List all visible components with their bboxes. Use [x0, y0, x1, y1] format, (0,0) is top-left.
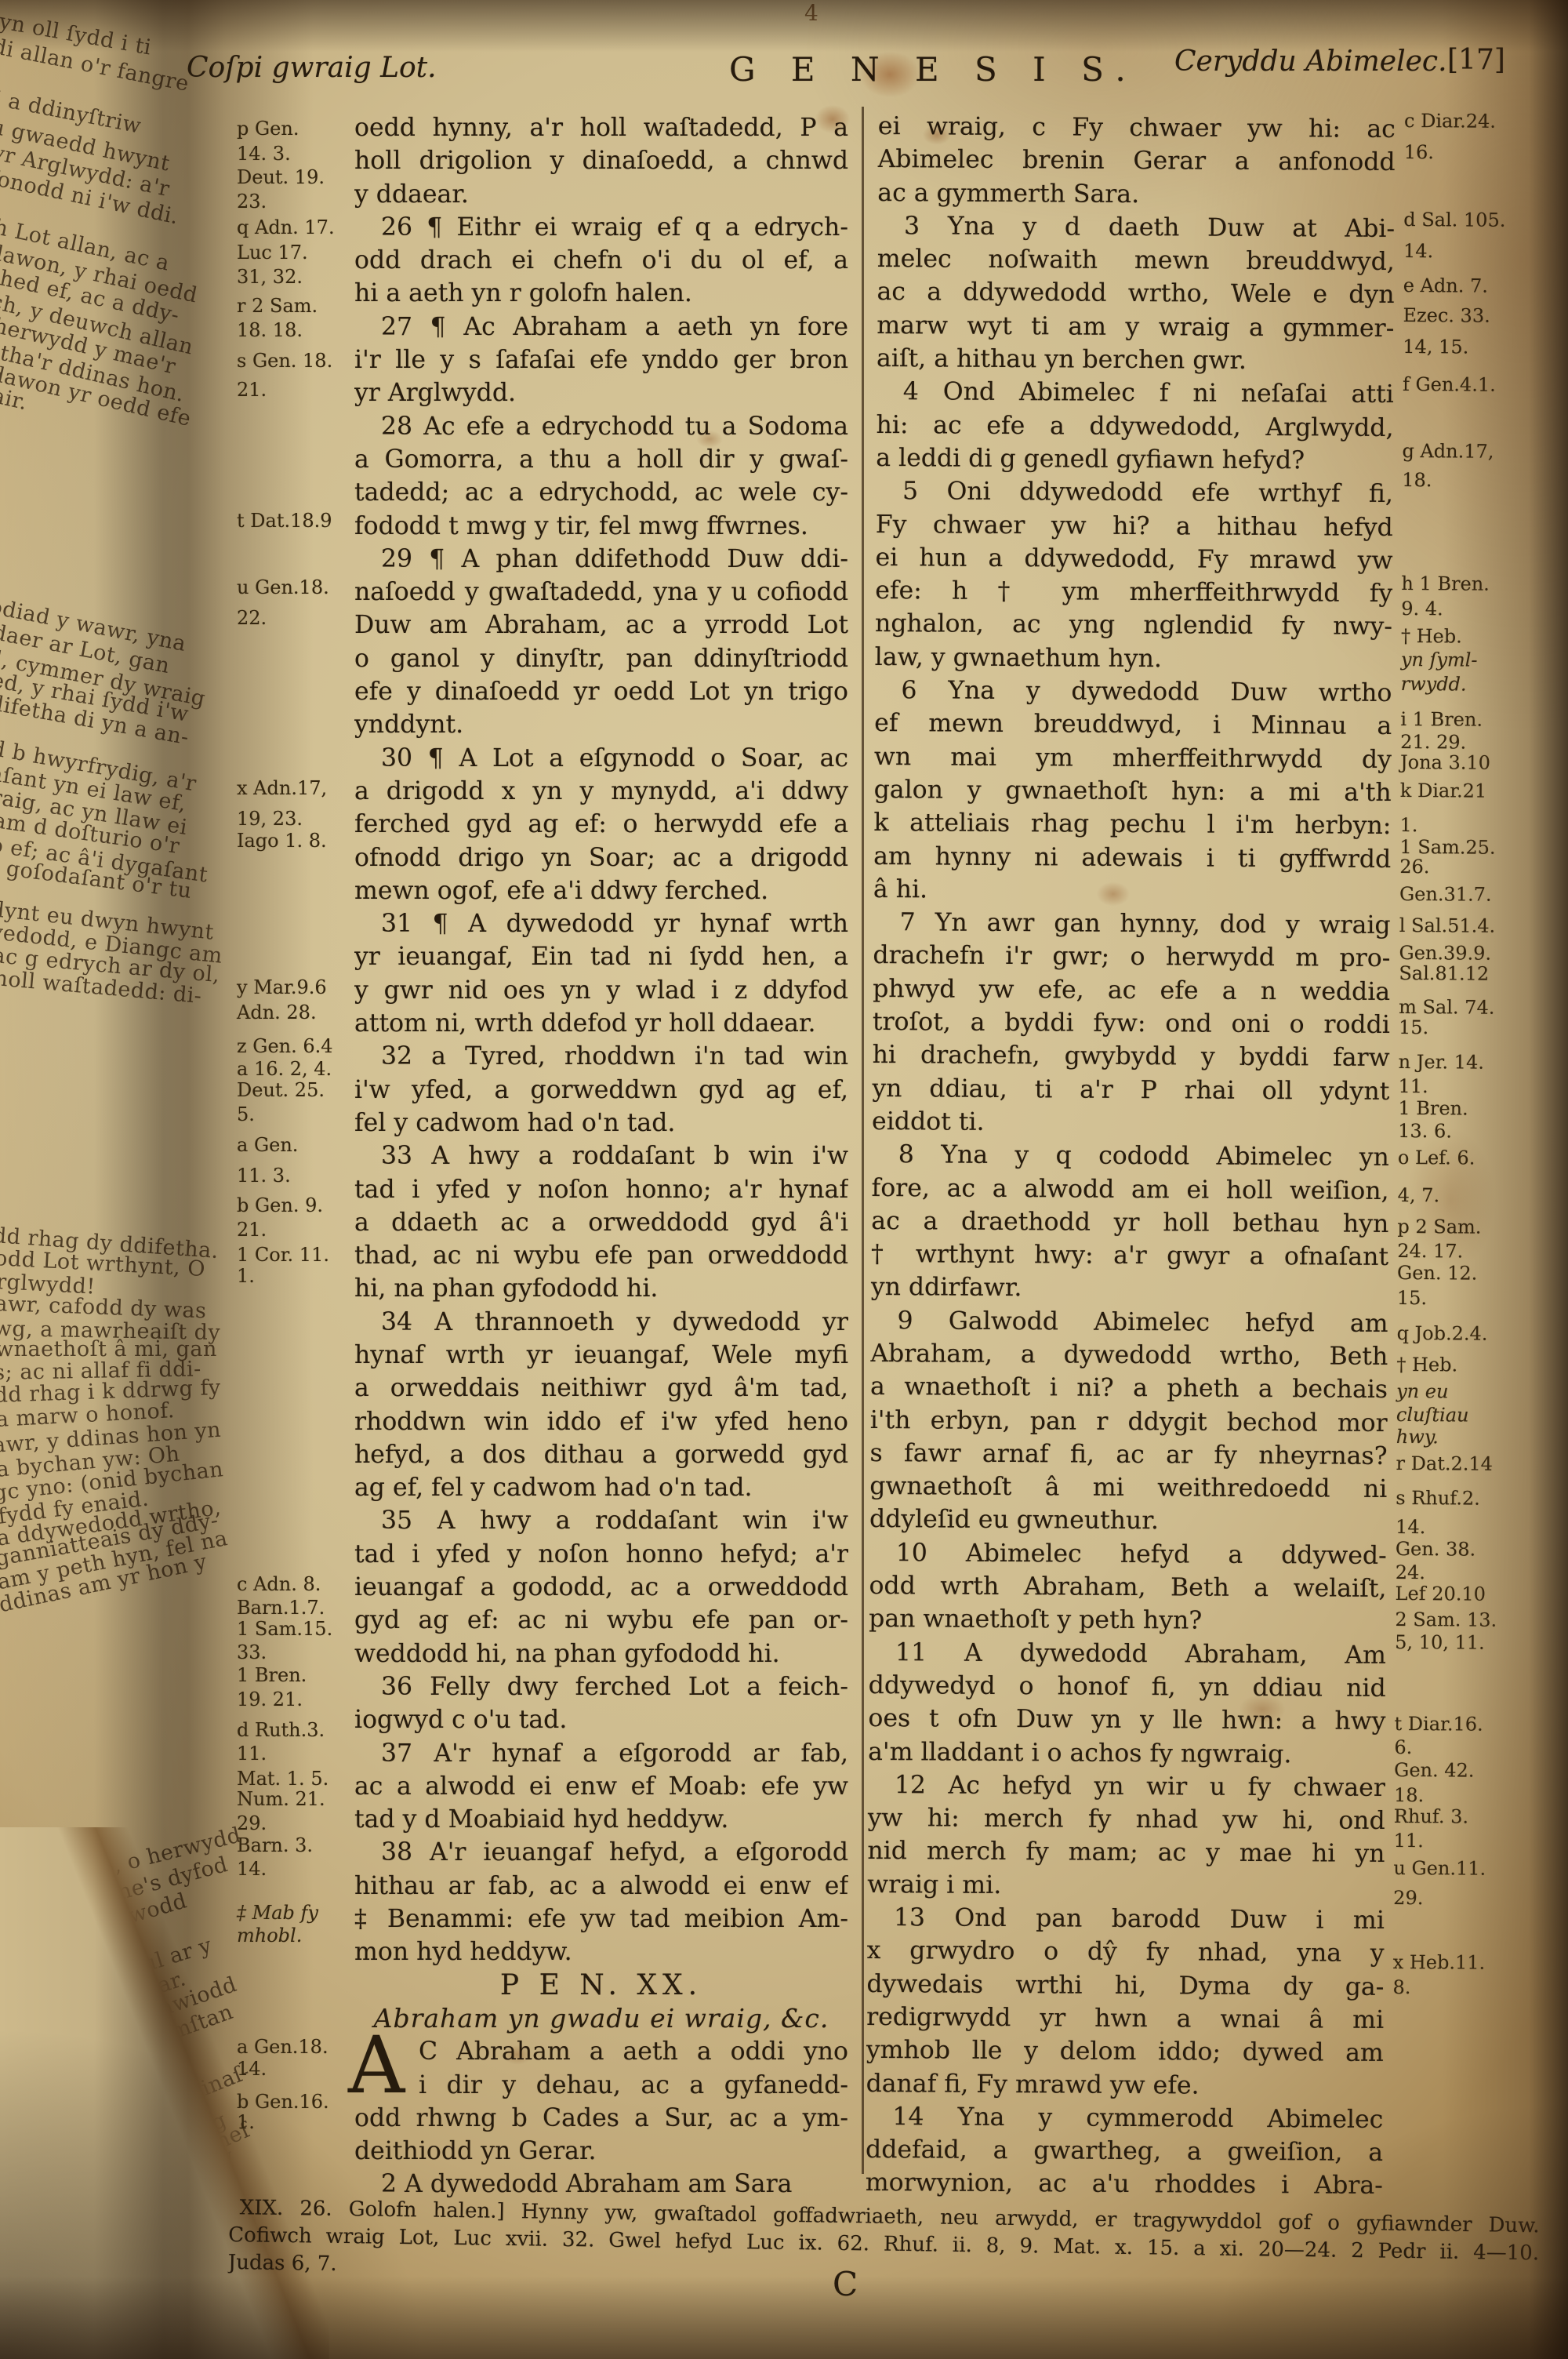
margin-note: 33. — [237, 1641, 267, 1663]
margin-note: Gen. 12. — [1397, 1262, 1477, 1285]
margin-note: 4, 7. — [1398, 1184, 1440, 1206]
margin-note: 15. — [1397, 1287, 1427, 1309]
text-line: 12 Ac hefyd yn wir u fy chwaer — [868, 1768, 1385, 1805]
margin-note: 1 Cor. 11. — [237, 1244, 329, 1266]
margin-note: Gen.31.7. — [1399, 883, 1492, 906]
margin-note: k Diar.21 — [1400, 780, 1487, 802]
text-line: 6 Yna y dywedodd Duw wrtho — [874, 674, 1392, 710]
margin-note: c Adn. 8. — [237, 1573, 321, 1595]
text-line: naſoedd y gwaſtadedd, yna y u cofiodd — [354, 576, 848, 609]
text-line: yr ieuangaf, Ein tad ni ſydd hen, a — [354, 940, 848, 973]
text-line: i'th erbyn, pan r ddygit bechod mor — [870, 1404, 1388, 1440]
text-line: a drigodd x yn y mynydd, a'i ddwy — [354, 775, 848, 808]
text-line: mewn ogof, efe a'i ddwy ferched. — [354, 874, 848, 907]
text-line: aiſt, a hithau yn berchen gwr. — [877, 342, 1394, 378]
text-line: odd rhwng b Cades a Sur, ac a ym- — [354, 2102, 848, 2135]
text-line: k atteliais rhag pechu l i'm herbyn: — [873, 806, 1391, 842]
text-line: 35 A hwy a roddaſant win i'w — [354, 1504, 848, 1537]
text-line: 7 Yn awr gan hynny, dod y wraig — [873, 906, 1391, 942]
text-line: 36 Felly dwy ferched Lot a feich- — [354, 1670, 848, 1703]
margin-note: 11. — [237, 1743, 267, 1765]
text-line: o ganol y dinyſtr, pan ddinyſtriodd — [354, 642, 848, 675]
text-line: ofnodd drigo yn Soar; ac a drigodd — [354, 841, 848, 874]
text-line: 8 Yna y q cododd Abimelec yn — [872, 1138, 1389, 1174]
margin-note: 14. — [237, 1858, 267, 1880]
book-title: G E N E S I S. — [729, 50, 1138, 89]
margin-note: 13. 6. — [1398, 1120, 1452, 1142]
text-line: i'w yfed, a gorweddwn gyd ag ef, — [354, 1074, 848, 1107]
margin-note: Iago 1. 8. — [237, 830, 327, 852]
text-line: ef mewn breuddwyd, i Minnau a — [874, 707, 1392, 743]
margin-note: 29. — [237, 1812, 267, 1834]
margin-note: o Lef. 6. — [1398, 1147, 1475, 1169]
text-line: Duw am Abraham, ac a yrrodd Lot — [354, 609, 848, 642]
margin-note: q Job.2.4. — [1397, 1322, 1488, 1345]
margin-note: 14. — [1403, 240, 1433, 262]
margin-note: 1 Bren. — [1398, 1097, 1468, 1120]
text-line: 10 Abimelec hefyd a ddywed- — [869, 1536, 1387, 1572]
margin-note: Mat. 1. 5. — [237, 1768, 328, 1790]
margin-note: mhobl. — [237, 1925, 302, 1946]
margin-note: rwydd. — [1401, 673, 1467, 696]
margin-note: 24. 17. — [1397, 1240, 1463, 1263]
margin-note: f Gen.4.1. — [1403, 373, 1496, 396]
margin-note: s Gen. 18. — [237, 350, 332, 372]
margin-note: Gen. 38. — [1396, 1538, 1475, 1561]
text-line: 26 ¶ Eithr ei wraig ef q a edrych- — [354, 211, 848, 244]
text-line: yw hi: merch fy nhad yw hi, ond — [868, 1801, 1385, 1837]
text-line: morwynion, ac a'u rhoddes i Abra- — [866, 2166, 1383, 2202]
text-line: rhoddwn win iddo ef i'w yfed heno — [354, 1405, 848, 1438]
text-line: 38 A'r ieuangaf hefyd, a eſgorodd — [354, 1836, 848, 1869]
running-title-left: Coſpi gwraig Lot. — [187, 52, 437, 84]
text-line: ag ef, fel y cadwom had o'n tad. — [354, 1471, 848, 1504]
text-line: redigrwydd yr hwn a wnai â mi — [866, 2001, 1384, 2037]
text-line: hynaf wrth yr ieuangaf, Wele myfi — [354, 1339, 848, 1372]
running-title-right: Ceryddu Abimelec. — [1174, 45, 1447, 78]
margin-note: 23. — [237, 191, 267, 213]
text-line: nid merch fy mam; ac y mae hi yn — [867, 1834, 1385, 1870]
margin-note: 14. — [237, 2058, 267, 2080]
text-line: 32 a Tyred, rhoddwn i'n tad win — [354, 1040, 848, 1073]
margin-note: 29. — [1393, 1887, 1423, 1909]
margin-note: 11. — [1398, 1075, 1428, 1097]
text-line: s fawr arnaf fi, ac ar fy nheyrnas? — [869, 1437, 1387, 1473]
margin-note: h 1 Bren. — [1401, 572, 1490, 595]
margin-note: Gen.39.9. — [1399, 942, 1491, 965]
text-line: 33 A hwy a roddaſant b win i'w — [354, 1140, 848, 1172]
margin-note: Ezec. 33. — [1403, 304, 1490, 327]
margin-note: 15. — [1399, 1016, 1428, 1038]
text-line: am hynny ni adewais i ti gyffwrdd — [873, 840, 1391, 876]
text-line: hefyd, a dos dithau a gorwedd gyd — [354, 1438, 848, 1471]
margin-note: r 2 Sam. — [237, 295, 318, 317]
margin-note: 19. 21. — [237, 1688, 303, 1710]
text-line: law, y gwnaethum hyn. — [875, 641, 1392, 677]
margin-note: x Heb.11. — [1393, 1951, 1486, 1974]
margin-note: 24. — [1396, 1561, 1425, 1583]
text-line: a'm lladdant i o achos fy ngwraig. — [868, 1736, 1385, 1772]
text-line: dywedais wrthi hi, Dyma dy ga- — [866, 1968, 1384, 2004]
text-line: efe y dinaſoedd yr oedd Lot yn trigo — [354, 675, 848, 708]
text-line: 30 ¶ A Lot a eſgynodd o Soar, ac — [354, 742, 848, 775]
text-line: tad i yfed y noſon honno; a'r hynaf — [354, 1173, 848, 1206]
text-line: fododd t mwg y tir, fel mwg ffwrnes. — [354, 510, 848, 543]
signature-letter: C — [833, 2265, 858, 2303]
margin-note: Luc 17. — [237, 242, 308, 264]
text-line: 29 ¶ A phan ddifethodd Duw ddi- — [354, 543, 848, 576]
text-line: fore, ac a alwodd am ei holl weiſion, — [871, 1171, 1388, 1207]
margin-note: u Gen.11. — [1393, 1857, 1486, 1880]
column-divider-rule — [862, 107, 864, 2174]
margin-note: Jona 3.10 — [1400, 751, 1490, 774]
text-line: ddywedyd o honof fi, yn ddiau nid — [869, 1669, 1386, 1705]
text-line: hi, na phan gyfododd hi. — [354, 1272, 848, 1305]
text-line: galon y gwnaethoſt hyn: a mi a'th — [874, 773, 1392, 809]
margin-note: Adn. 28. — [237, 1001, 317, 1023]
text-line: hi: ac efe a ddywedodd, Arglwydd, — [876, 409, 1393, 445]
margin-note: s Rhuf.2. — [1396, 1487, 1480, 1510]
margin-note: 11. — [1394, 1830, 1424, 1852]
margin-note: 2 Sam. 13. — [1395, 1608, 1497, 1631]
text-line: y gwr nid oes yn y wlad i z ddyfod — [354, 974, 848, 1007]
margin-note: d Ruth.3. — [237, 1719, 325, 1741]
margin-note: a Gen. — [237, 1134, 298, 1156]
margin-note: x Adn.17, — [237, 777, 327, 799]
text-line: 4 Ond Abimelec f ni neſaſai atti — [877, 375, 1394, 411]
margin-note: 5. — [237, 1103, 255, 1125]
text-line: ynddynt. — [354, 708, 848, 741]
right-column-text: ei wraig, c Fy chwaer yw hi: acAbimelec … — [866, 110, 1396, 2203]
margin-note: b Gen. 9. — [237, 1194, 323, 1216]
margin-note: 18. 18. — [237, 319, 303, 341]
text-line: ac a draethodd yr holl bethau hyn — [871, 1205, 1388, 1241]
text-line: a wnaethoſt i ni? a pheth a bechais — [870, 1370, 1388, 1406]
text-line: eiddot ti. — [872, 1105, 1389, 1141]
margin-note: cluſtiau — [1396, 1404, 1469, 1427]
text-line: ferched gyd ag ef: o herwydd efe a — [354, 808, 848, 841]
scanned-book-page: { "page": { "top_mark": "4", "header": {… — [0, 0, 1568, 2359]
text-line: i'r lle y s ſafaſai efe ynddo ger bron — [354, 343, 848, 376]
margin-note: b Gen.16. — [237, 2091, 329, 2113]
text-line: ei wraig, c Fy chwaer yw hi: ac — [878, 110, 1396, 146]
margin-note: a Gen.18. — [237, 2036, 328, 2058]
text-line: tad y d Moabiaid hyd heddyw. — [354, 1803, 848, 1836]
margin-note: t Dat.18.9 — [237, 510, 332, 532]
left-column-text: oedd hynny, a'r holl waſtadedd, P aholl … — [354, 111, 848, 2201]
margin-note: g Adn.17, — [1402, 440, 1494, 463]
margin-note: 16. — [1404, 141, 1434, 163]
margin-note: r Dat.2.14 — [1396, 1452, 1494, 1475]
margin-note: 22. — [237, 607, 267, 629]
text-line: ac a ddywedodd wrtho, Wele e dyn — [877, 275, 1394, 311]
margin-note: Deut. 25. — [237, 1079, 325, 1101]
text-line: weddodd hi, na phan gyfododd hi. — [354, 1637, 848, 1670]
margin-note: 11. 3. — [237, 1165, 291, 1187]
text-line: hithau ar fab, ac a alwodd ei enw ef — [354, 1870, 848, 1903]
text-line: deithiodd yn Gerar. — [354, 2135, 848, 2168]
margin-note: 18. — [1394, 1784, 1424, 1806]
text-line: marw wyt ti am y wraig a gymmer- — [877, 309, 1394, 345]
margin-note: q Adn. 17. — [237, 216, 335, 238]
margin-note: 21. 29. — [1400, 731, 1466, 754]
text-line: 9 Galwodd Abimelec hefyd am — [870, 1304, 1388, 1340]
text-line: 31 ¶ A dywedodd yr hynaf wrth — [354, 907, 848, 940]
margin-note: p 2 Sam. — [1397, 1216, 1481, 1238]
text-line: wn mai ym mherffeithrwydd dy — [874, 740, 1392, 776]
text-line: 28 Ac efe a edrychodd tu a Sodoma — [354, 410, 848, 443]
text-line: 34 A thrannoeth y dywedodd yr — [354, 1306, 848, 1339]
text-line: 2 A dywedodd Abraham am Sara — [354, 2168, 848, 2201]
margin-note: ‡ Mab fy — [237, 1902, 318, 1924]
margin-note: l Sal.51.4. — [1399, 914, 1496, 937]
text-line: 37 A'r hynaf a eſgorodd ar fab, — [354, 1737, 848, 1770]
text-line: tadedd; ac a edrychodd, ac wele cy- — [354, 476, 848, 509]
top-edge-mark: 4 — [804, 0, 818, 26]
text-line: yr Arglwydd. — [354, 376, 848, 409]
margin-note: Sal.81.12 — [1399, 962, 1489, 985]
text-line: Abraham yn gwadu ei wraig, &c. — [354, 2002, 848, 2035]
text-line: holl drigolion y dinaſoedd, a chnwd — [354, 144, 848, 177]
text-line: drachefn i'r gwr; o herwydd m pro- — [873, 939, 1390, 975]
margin-note: m Sal. 74. — [1399, 996, 1494, 1019]
text-line: oes t ofn Duw yn y lle hwn: a hwy — [868, 1702, 1385, 1738]
margin-note: a 16. 2, 4. — [237, 1058, 332, 1080]
margin-note: c Diar.24. — [1404, 110, 1496, 133]
margin-note: u Gen.18. — [237, 576, 329, 598]
text-line: wraig i mi. — [867, 1868, 1385, 1904]
margin-note: 5, 10, 11. — [1395, 1631, 1485, 1654]
text-line: a Gomorra, a thu a holl dir y gwaſ- — [354, 443, 848, 476]
text-line: mon hyd heddyw. — [354, 1936, 848, 1968]
text-line: iogwyd c o'u tad. — [354, 1703, 848, 1736]
text-line: a leddi di g genedl gyfiawn hefyd? — [876, 442, 1393, 478]
text-line: ddefaid, a gwartheg, a gweiſion, a — [866, 2133, 1383, 2169]
text-line: attom ni, wrth ddefod yr holl ddaear. — [354, 1007, 848, 1040]
margin-note: Num. 21. — [237, 1788, 325, 1810]
margin-note: 21. — [237, 379, 267, 401]
text-line: 11 A dywedodd Abraham, Am — [869, 1636, 1386, 1672]
text-line: x grwydro o dŷ fy nhad, yna y — [867, 1934, 1385, 1970]
margin-note: Deut. 19. — [237, 166, 325, 188]
text-line: danaf fi, Fy mrawd yw efe. — [866, 2066, 1383, 2103]
text-line: melec noſwaith mewn breuddwyd, — [877, 242, 1395, 278]
text-line: 3 Yna y d daeth Duw at Abi- — [877, 209, 1395, 245]
text-line: a orweddais neithiwr gyd â'm tad, — [354, 1372, 848, 1405]
text-line: odd drach ei chefn o'i du ol ef, a — [354, 244, 848, 277]
text-line: yn ddiau, ti a'r P rhai oll ydynt — [872, 1072, 1389, 1108]
text-line: ac a alwodd ei enw ef Moab: efe yw — [354, 1770, 848, 1803]
text-line: ‡ Benammi: efe yw tad meibion Am- — [354, 1903, 848, 1936]
margin-note: Gen. 42. — [1394, 1759, 1474, 1782]
text-line: 5 Oni ddywedodd efe wrthyf fi, — [876, 474, 1393, 511]
text-line: efe: h † ym mherffeithrwydd fy — [875, 574, 1392, 610]
text-line: gyd ag ef: ac ni wybu efe pan or- — [354, 1604, 848, 1637]
margin-note: Rhuf. 3. — [1394, 1805, 1468, 1828]
chapter-drop-cap: A — [348, 2026, 405, 2105]
text-line: ddyleſid eu gwneuthur. — [869, 1503, 1387, 1539]
text-line: pan wnaethoſt y peth hyn? — [869, 1602, 1386, 1638]
text-line: troſot, a byddi fyw: ond oni o roddi — [873, 1005, 1390, 1041]
margin-note: e Adn. 7. — [1403, 274, 1488, 297]
margin-note: 19, 23. — [237, 808, 303, 830]
margin-note: 14, 15. — [1403, 336, 1468, 358]
text-line: Abraham, a dywedodd wrtho, Beth — [870, 1337, 1388, 1373]
margin-note: hwy. — [1396, 1426, 1439, 1448]
margin-note: 1. — [237, 1265, 255, 1287]
margin-note: n Jer. 14. — [1399, 1051, 1484, 1074]
margin-note: p Gen. — [237, 118, 299, 140]
text-line: 14 Yna y cymmerodd Abimelec — [866, 2100, 1383, 2136]
text-line: Fy chwaer yw hi? a hithau hefyd — [876, 508, 1393, 544]
margin-note: 1. — [1399, 814, 1417, 836]
margin-note: 9. 4. — [1401, 598, 1443, 620]
margin-note: y Mar.9.6 — [237, 976, 327, 998]
text-line: ieuangaf a gododd, ac a orweddodd — [354, 1571, 848, 1604]
text-line: oedd hynny, a'r holl waſtadedd, P a — [354, 111, 848, 144]
margin-note: d Sal. 105. — [1403, 209, 1505, 231]
margin-note: 1 Bren. — [237, 1664, 307, 1686]
margin-note: yn ſyml- — [1401, 649, 1478, 671]
text-line: ymhob lle y delom iddo; dywed am — [866, 2034, 1384, 2070]
text-line: Abimelec brenin Gerar a anfonodd — [877, 143, 1395, 179]
page-number: [17] — [1447, 44, 1505, 76]
margin-note: Barn. 3. — [237, 1834, 313, 1856]
text-line: nghalon, ac yng nglendid fy nwy- — [875, 607, 1392, 643]
margin-note: 31, 32. — [237, 266, 303, 288]
margin-note: yn eu — [1396, 1380, 1448, 1402]
text-line: † wrthynt hwy: a'r gwyr a ofnaſant — [871, 1238, 1388, 1274]
text-line: thad, ac ni wybu efe pan orweddodd — [354, 1239, 848, 1272]
margin-note: 14. — [1396, 1516, 1425, 1538]
text-line: hi drachefn, gwybydd y byddi farw — [873, 1038, 1390, 1074]
margin-note: † Heb. — [1396, 1354, 1457, 1376]
margin-note: z Gen. 6.4 — [237, 1035, 333, 1057]
text-line: odd wrth Abraham, Beth a welaiſt, — [869, 1569, 1386, 1605]
margin-note: Lef 20.10 — [1396, 1583, 1486, 1605]
margin-note: 8. — [1392, 1976, 1410, 1998]
margin-note: † Heb. — [1401, 625, 1462, 647]
margin-note: 18. — [1402, 469, 1432, 491]
text-line: 13 Ond pan barodd Duw i mi — [867, 1901, 1385, 1937]
margin-note: 14. 3. — [237, 143, 291, 165]
margin-note: 6. — [1394, 1736, 1412, 1758]
text-line: i dir y dehau, ac a gyfanedd- — [354, 2069, 848, 2102]
text-line: ac a gymmerth Sara. — [877, 176, 1395, 213]
text-line: ei hun a ddywedodd, Fy mrawd yw — [875, 541, 1392, 577]
text-line: gwnaethoſt â mi weithredoedd ni — [869, 1470, 1387, 1506]
margin-note: 1. — [237, 2111, 255, 2133]
text-line: fel y cadwom had o'n tad. — [354, 1107, 848, 1140]
margin-note: Barn.1.7. — [237, 1597, 325, 1619]
text-line: 27 ¶ Ac Abraham a aeth yn fore — [354, 311, 848, 343]
text-line: C Abraham a aeth a oddi yno — [354, 2035, 848, 2068]
margin-note: t Diar.16. — [1394, 1713, 1483, 1736]
margin-note: i 1 Bren. — [1400, 708, 1483, 731]
text-line: â hi. — [873, 873, 1391, 909]
margin-note: 1 Sam.15. — [237, 1618, 332, 1640]
text-line: phwyd yw efe, ac efe a n weddia — [873, 972, 1390, 1009]
margin-note: 21. — [237, 1219, 267, 1241]
text-line: tad i yfed y noſon honno hefyd; a'r — [354, 1538, 848, 1571]
text-line: yn ddirfawr. — [871, 1270, 1388, 1307]
text-line: hi a aeth yn r golofn halen. — [354, 277, 848, 310]
text-line: y ddaear. — [354, 178, 848, 211]
text-line: a ddaeth ac a orweddodd gyd â'i — [354, 1206, 848, 1239]
text-line: P E N. XX. — [354, 1969, 848, 2002]
margin-note: 26. — [1399, 856, 1429, 878]
